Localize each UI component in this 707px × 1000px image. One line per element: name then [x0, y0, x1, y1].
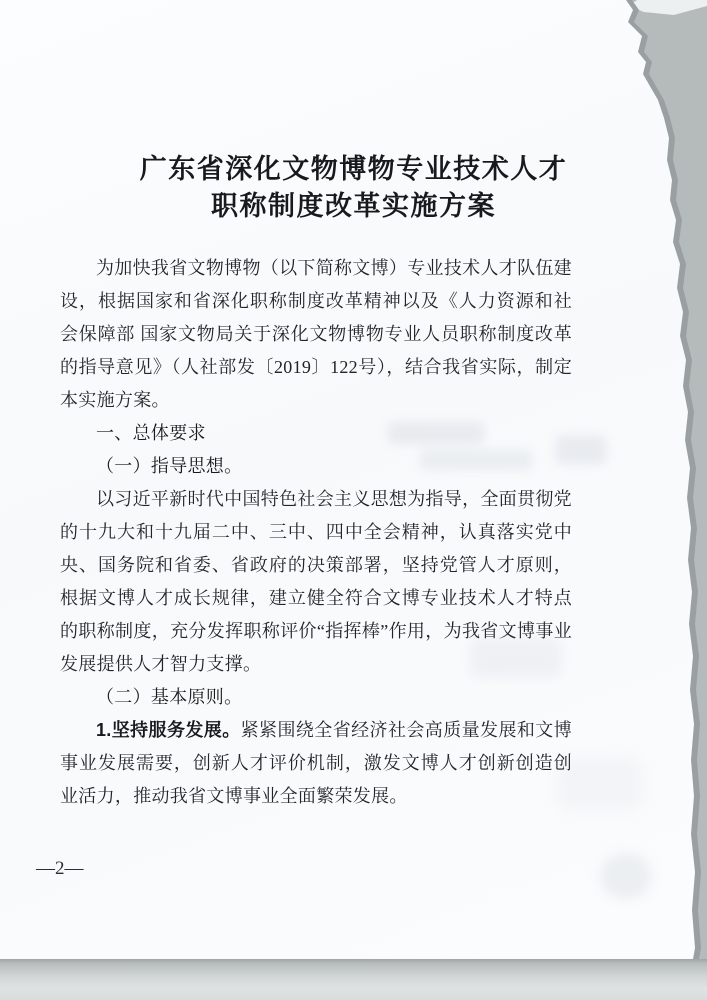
scan-bed-edge: [0, 959, 707, 1000]
section-heading-overall-requirements: 一、总体要求: [60, 417, 572, 450]
intro-paragraph: 为加快我省文物博物（以下简称文博）专业技术人才队伍建设，根据国家和省深化职称制度…: [60, 252, 572, 417]
document-title-line-2: 职称制度改革实施方案: [0, 188, 707, 225]
document-title: 广东省深化文物博物专业技术人才 职称制度改革实施方案: [0, 0, 707, 225]
subsection-heading-basic-principles: （二）基本原则。: [60, 681, 572, 714]
basic-principles-item-1: 1.坚持服务发展。紧紧围绕全省经济社会高质量发展和文博事业发展需要，创新人才评价…: [60, 714, 572, 813]
document-title-line-1: 广东省深化文物博物专业技术人才: [0, 151, 707, 188]
torn-corner-fragment: [628, 0, 707, 15]
subsection-heading-guiding-ideology: （一）指导思想。: [60, 450, 572, 483]
document-body: 为加快我省文物博物（以下简称文博）专业技术人才队伍建设，根据国家和省深化职称制度…: [0, 225, 707, 813]
document-page: 广东省深化文物博物专业技术人才 职称制度改革实施方案 为加快我省文物博物（以下简…: [0, 0, 707, 959]
guiding-ideology-paragraph: 以习近平新时代中国特色社会主义思想为指导，全面贯彻党的十九大和十九届二中、三中、…: [60, 483, 572, 681]
item-1-lead: 1.坚持服务发展。: [96, 720, 241, 740]
ink-bleed-mark: [600, 853, 652, 899]
scanned-document-view: 广东省深化文物博物专业技术人才 职称制度改革实施方案 为加快我省文物博物（以下简…: [0, 0, 707, 1000]
page-number: —2—: [36, 858, 84, 880]
